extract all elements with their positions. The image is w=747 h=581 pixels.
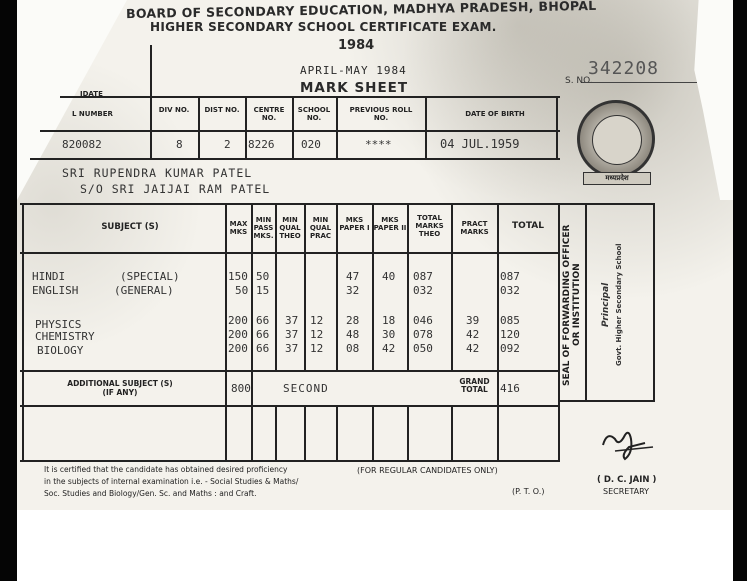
row-paper2: 40 <box>382 270 395 283</box>
divider <box>20 460 560 462</box>
row-subject: HINDI <box>32 270 65 283</box>
grand-total-label: GRAND TOTAL <box>452 378 497 394</box>
col-total: TOTAL <box>498 222 558 230</box>
row-practical: 42 <box>466 328 479 341</box>
label-date-of-birth: DATE OF BIRTH <box>440 110 550 118</box>
grand-total-value: 416 <box>500 382 520 395</box>
col-total-theo: TOTAL MARKS THEO <box>408 214 451 238</box>
dob-value: 04 JUL.1959 <box>440 137 519 151</box>
centre-no-value: 8226 <box>248 138 275 151</box>
divider <box>245 96 247 158</box>
row-min-prac: 12 <box>310 342 323 355</box>
divider <box>336 405 338 461</box>
grand-max-marks: 800 <box>231 382 251 395</box>
label-div-no: DIV NO. <box>155 106 193 114</box>
divider <box>560 400 655 402</box>
divider <box>20 203 655 205</box>
signature-icon <box>595 425 665 465</box>
row-paper1: 32 <box>346 284 359 297</box>
divider <box>558 203 560 461</box>
row-min-pass: 66 <box>256 328 269 341</box>
certification-line1: It is certified that the candidate has o… <box>44 465 287 474</box>
dist-no-value: 2 <box>224 138 231 151</box>
roll-number-value: 820082 <box>62 138 102 151</box>
seal-banner: मध्यप्रदेश <box>583 172 651 185</box>
row-max: 200 <box>228 314 248 327</box>
row-min-theo: 37 <box>285 314 298 327</box>
row-max: 200 <box>228 328 248 341</box>
row-total: 085 <box>500 314 520 327</box>
exam-session: APRIL-MAY 1984 <box>300 64 407 77</box>
row-theo-total: 032 <box>413 284 433 297</box>
row-total: 092 <box>500 342 520 355</box>
stamp-line2: Govt. Higher Secondary School <box>615 244 623 367</box>
divider <box>20 370 560 372</box>
candidate-name: SRI RUPENDRA KUMAR PATEL <box>62 166 252 180</box>
row-subject-type: (GENERAL) <box>114 284 174 297</box>
forwarding-label-line1: SEAL OF FORWARDING OFFICER <box>562 224 572 385</box>
row-practical: 42 <box>466 342 479 355</box>
col-paper-2: MKS PAPER II <box>373 216 407 232</box>
division-result: SECOND <box>283 382 329 395</box>
serial-underline <box>582 82 697 83</box>
additional-subject-label: ADDITIONAL SUBJECT (S) <box>60 380 180 388</box>
right-border <box>733 0 747 581</box>
divider <box>336 96 338 158</box>
divider <box>225 203 227 461</box>
additional-subject-note: (IF ANY) <box>80 389 160 397</box>
divider <box>304 405 306 461</box>
row-max: 150 <box>228 270 248 283</box>
secretary-title: SECRETARY <box>603 487 649 496</box>
divider <box>556 96 558 158</box>
principal-stamp: Principal Govt. Higher Secondary School <box>600 230 640 380</box>
row-max: 200 <box>228 342 248 355</box>
row-subject: ENGLISH <box>32 284 78 297</box>
stamp-line1: Principal <box>601 283 611 327</box>
divider <box>20 405 560 407</box>
row-paper2: 30 <box>382 328 395 341</box>
row-min-theo: 37 <box>285 342 298 355</box>
row-min-theo: 37 <box>285 328 298 341</box>
row-min-pass: 66 <box>256 314 269 327</box>
divider <box>275 405 277 461</box>
col-max-marks: MAX MKS <box>226 220 251 236</box>
row-total: 087 <box>500 270 520 283</box>
row-theo-total: 050 <box>413 342 433 355</box>
forwarding-seal-label: SEAL OF FORWARDING OFFICER OR INSTITUTIO… <box>562 215 584 395</box>
col-subject: SUBJECT (S) <box>90 223 170 231</box>
exam-name: HIGHER SECONDARY SCHOOL CERTIFICATE EXAM… <box>150 20 497 34</box>
row-subject-type: (SPECIAL) <box>120 270 180 283</box>
label-dist-no: DIST NO. <box>202 106 242 114</box>
label-roll-number: L NUMBER <box>72 110 142 118</box>
divider <box>407 405 409 461</box>
divider <box>150 45 152 158</box>
secretary-name: ( D. C. JAIN ) <box>597 475 656 485</box>
col-min-pass: MIN PASS MKS. <box>252 216 275 240</box>
row-subject: BIOLOGY <box>37 344 83 357</box>
divider <box>40 130 560 132</box>
row-min-prac: 12 <box>310 314 323 327</box>
row-paper1: 08 <box>346 342 359 355</box>
col-min-qual-prac: MIN QUAL PRAC <box>305 216 336 240</box>
row-total: 032 <box>500 284 520 297</box>
row-paper1: 28 <box>346 314 359 327</box>
label-school-no: SCHOOL NO. <box>294 106 334 122</box>
row-practical: 39 <box>466 314 479 327</box>
forwarding-label-line2: OR INSTITUTION <box>572 264 582 347</box>
row-min-prac: 12 <box>310 328 323 341</box>
divider <box>372 405 374 461</box>
serial-number: 342208 <box>588 58 659 79</box>
divider <box>653 203 655 400</box>
regular-candidates-note: (FOR REGULAR CANDIDATES ONLY) <box>357 466 498 475</box>
row-min-pass: 50 <box>256 270 269 283</box>
pto-note: (P. T. O.) <box>512 487 544 496</box>
row-paper2: 18 <box>382 314 395 327</box>
div-no-value: 8 <box>176 138 183 151</box>
left-border <box>0 0 17 581</box>
row-min-pass: 15 <box>256 284 269 297</box>
row-min-pass: 66 <box>256 342 269 355</box>
row-theo-total: 078 <box>413 328 433 341</box>
board-seal-icon <box>577 100 655 178</box>
divider <box>585 203 587 400</box>
divider <box>30 158 560 160</box>
divider <box>451 405 453 461</box>
certification-line3: Soc. Studies and Biology/Gen. Sc. and Ma… <box>44 489 256 498</box>
row-paper1: 47 <box>346 270 359 283</box>
row-total: 120 <box>500 328 520 341</box>
father-name: S/O SRI JAIJAI RAM PATEL <box>80 182 270 196</box>
label-previous-roll: PREVIOUS ROLL NO. <box>346 106 416 122</box>
row-paper2: 42 <box>382 342 395 355</box>
divider <box>497 203 499 461</box>
row-paper1: 48 <box>346 328 359 341</box>
school-no-value: 020 <box>301 138 321 151</box>
row-max: 50 <box>235 284 248 297</box>
label-centre-no: CENTRE NO. <box>248 106 290 122</box>
divider <box>20 252 560 254</box>
divider <box>198 96 200 158</box>
col-min-qual-theo: MIN QUAL THEO <box>276 216 304 240</box>
row-theo-total: 046 <box>413 314 433 327</box>
row-theo-total: 087 <box>413 270 433 283</box>
divider <box>22 203 24 461</box>
col-paper-1: MKS PAPER I <box>337 216 372 232</box>
divider <box>251 203 253 461</box>
label-candidate: IDATE <box>80 90 140 98</box>
col-practical: PRACT MARKS <box>452 220 497 236</box>
divider <box>425 96 427 158</box>
exam-year: 1984 <box>338 38 374 53</box>
page-title: MARK SHEET <box>300 80 408 96</box>
previous-roll-value: **** <box>365 138 392 151</box>
row-subject: CHEMISTRY <box>35 330 95 343</box>
certification-line2: in the subjects of internal examination … <box>44 477 298 486</box>
